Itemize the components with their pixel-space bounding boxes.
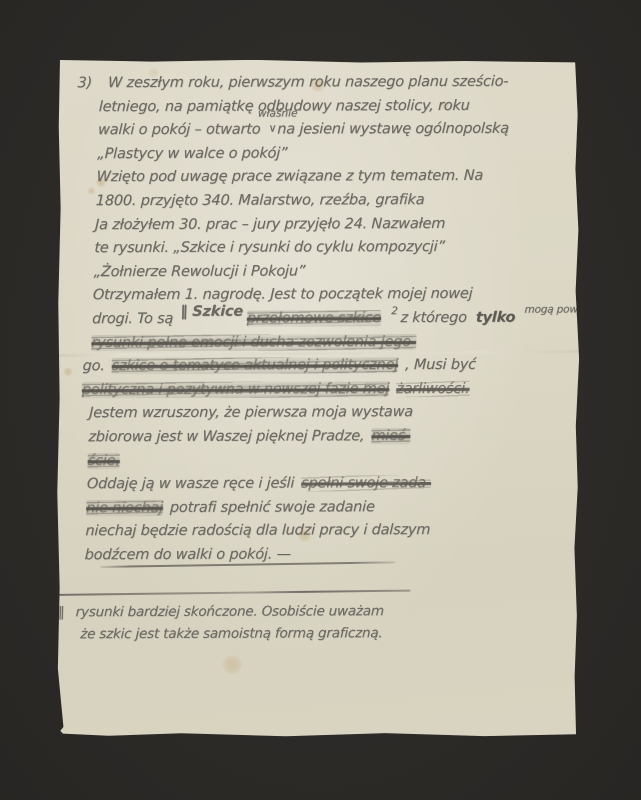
text-line-06: 1800. przyjęto 340. Malarstwo, rzeźba, g… <box>53 188 576 213</box>
footnote-line-1: ‖rysunki bardziej skończone. Osobiście u… <box>41 600 564 624</box>
inserted-word-above-line: właśnie <box>258 102 298 126</box>
text-line-15: Jestem wzruszony, że pierwsza moja wysta… <box>47 401 570 426</box>
manuscript-paper: 3)W zeszłym roku, pierwszym roku naszego… <box>56 59 580 737</box>
text-line-04: „Plastycy w walce o pokój” <box>55 141 578 166</box>
text-line-19-edited: nie niechajpotrafi spełnić swoje zadanie <box>44 495 567 520</box>
footnote-separator-line <box>58 590 410 596</box>
text-line-20: niechaj będzie radością dla ludzi pracy … <box>43 519 566 544</box>
crossed-out-word: mieś- <box>371 428 410 444</box>
inserted-words-above-line: mogą powstać <box>524 303 599 315</box>
text-line-17-crossed-out: ście. <box>45 448 568 473</box>
line-21-text: bodźcem do walki o pokój. — <box>84 546 291 563</box>
crossed-out-line: rysunki pełne emocji i ducha zezwolenia … <box>91 334 416 351</box>
line-08-text: te rysunki. „Szkice i rysunki do cyklu k… <box>94 239 445 256</box>
text-line-14-crossed-out: polityczna i pozytywna w nowszej fazie m… <box>47 377 570 402</box>
insertion-mark: ∨właśnie <box>267 122 277 138</box>
line-13-text-pre: go. <box>82 358 105 374</box>
crossed-out-words: nowe i większe <box>600 309 641 325</box>
footnote-marker: ‖ <box>58 602 66 624</box>
line-18-text-pre: Oddaję ją w wasze ręce i jeśli <box>87 476 295 493</box>
line-07-text: Ja złożyłem 30. prac – jury przyjęło 24.… <box>95 216 446 233</box>
text-line-05: Wzięto pod uwagę prace związane z tym te… <box>54 165 577 190</box>
crossed-out-words: nie niechaj <box>86 500 163 516</box>
crossed-out-words: przełomowe szkice <box>247 310 382 326</box>
line-19-text-post: potrafi spełnić swoje zadanie <box>170 499 375 516</box>
text-line-21-underlined: bodźcem do walki o pokój. — <box>42 542 565 567</box>
line-13-text-post: , Musi być <box>405 357 476 373</box>
text-line-13-edited: go.szkice o tematyce aktualnej i polityc… <box>48 354 571 379</box>
footnote-1-text: rysunki bardziej skończone. Osobiście uw… <box>75 604 384 621</box>
text-line-01: 3)W zeszłym roku, pierwszym roku naszego… <box>57 70 580 95</box>
text-line-18-edited: Oddaję ją w wasze ręce i jeślispełni swo… <box>45 472 568 497</box>
line-04-text-quoted-title: „Plastycy w walce o pokój” <box>97 145 288 162</box>
text-line-07: Ja złożyłem 30. prac – jury przyjęło 24.… <box>53 212 576 237</box>
line-10-text: Otrzymałem 1. nagrodę. Jest to początek … <box>93 286 473 303</box>
text-line-10: Otrzymałem 1. nagrodę. Jest to początek … <box>50 283 573 308</box>
text-line-09: „Żołnierze Rewolucji i Pokoju” <box>51 259 574 284</box>
line-01-text: W zeszłym roku, pierwszym roku naszego p… <box>108 74 509 91</box>
crossed-out-words: polityczna i pozytywna w nowszej fazie m… <box>82 381 390 398</box>
text-line-11-edited: drogi. To są‖ Szkiceprzełomowe szkice2z … <box>50 306 573 331</box>
crossed-out-words: szkice o tematyce aktualnej i polityczne… <box>111 357 398 374</box>
crossed-out-word: ście. <box>87 453 120 469</box>
superscript-number: 2 <box>391 305 398 317</box>
line-20-text: niechaj będzie radością dla ludzi pracy … <box>85 522 430 539</box>
inserted-word-szkice: ‖ Szkice <box>180 304 243 320</box>
line-11-text-pre: drogi. To są <box>92 311 174 327</box>
line-06-text: 1800. przyjęto 340. Malarstwo, rzeźba, g… <box>96 192 425 209</box>
line-05-text: Wzięto pod uwagę prace związane z tym te… <box>96 168 483 185</box>
crossed-out-words: spełni swoje zada- <box>301 475 431 491</box>
text-line-08: te rysunki. „Szkice i rysunki do cyklu k… <box>52 236 575 261</box>
text-line-12-crossed-out: rysunki pełne emocji i ducha zezwolenia … <box>49 330 572 355</box>
footnote-line-2: że szkic jest także samoistną formą graf… <box>40 622 563 646</box>
photo-background: 3)W zeszłym roku, pierwszym roku naszego… <box>0 0 641 800</box>
list-item-number: 3) <box>77 72 92 96</box>
overwritten-word: tylko <box>476 310 516 326</box>
footnote-2-text: że szkic jest także samoistną formą graf… <box>80 626 383 643</box>
foxing-stain <box>221 655 243 675</box>
text-line-03: walki o pokój – otwarto∨właśniena jesien… <box>56 118 579 143</box>
line-09-text-quoted-title: „Żołnierze Rewolucji i Pokoju” <box>93 263 305 280</box>
line-03-text-post: na jesieni wystawę ogólnopolską <box>277 121 509 138</box>
line-03-text-pre: walki o pokój – otwarto <box>98 122 261 139</box>
text-line-16-edited: zbiorowa jest w Waszej pięknej Pradze,mi… <box>46 424 569 449</box>
crossed-out-tail-word: żarliwości. <box>396 381 470 397</box>
handwritten-text-block: 3)W zeszłym roku, pierwszym roku naszego… <box>40 70 580 645</box>
text-line-02: letniego, na pamiątkę odbudowy naszej st… <box>56 94 579 119</box>
line-16-text-pre: zbiorowa jest w Waszej pięknej Pradze, <box>88 428 364 445</box>
line-11-text-mid: z którego <box>400 310 467 326</box>
line-15-text: Jestem wzruszony, że pierwsza moja wysta… <box>89 404 413 421</box>
